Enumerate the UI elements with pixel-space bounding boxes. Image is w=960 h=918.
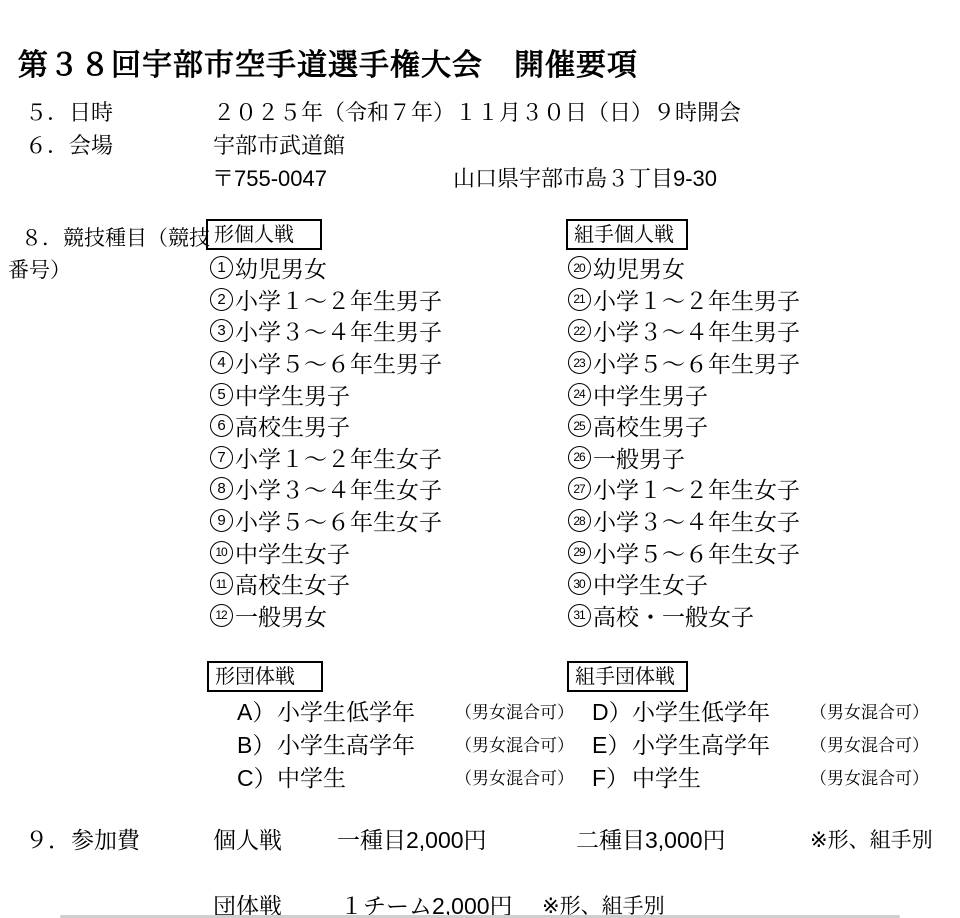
- event-item: 8 小学３～４年生女子: [210, 473, 442, 505]
- postal-code: 〒755-0047: [212, 162, 327, 193]
- event-number-circle: 20: [568, 256, 591, 279]
- event-label: 小学３～４年生男子: [235, 314, 442, 347]
- event-label: 高校生女子: [235, 567, 350, 600]
- team-event-note: （男女混合可）: [455, 698, 574, 723]
- document-page: 第３８回宇部市空手道選手権大会 開催要項 ５．日時 ２０２５年（令和７年）１１月…: [0, 0, 960, 918]
- event-number-circle: 1: [210, 256, 233, 279]
- date-item-number: ５．日時: [25, 96, 113, 127]
- event-number-circle: 25: [568, 414, 591, 437]
- event-number-circle: 9: [210, 509, 233, 532]
- event-item: 27 小学１～２年生女子: [568, 473, 800, 505]
- event-number-circle: 30: [568, 572, 591, 595]
- fees-individual-note: ※形、組手別: [810, 824, 933, 854]
- fees-individual-fee1: 一種目2,000円: [337, 822, 487, 855]
- venue-address: 山口県宇部市島３丁目9-30: [453, 162, 717, 193]
- event-item: 3 小学３～４年生男子: [210, 315, 442, 347]
- document-title: 第３８回宇部市空手道選手権大会 開催要項: [18, 40, 638, 84]
- event-item: 24 中学生男子: [568, 378, 800, 410]
- event-label: 一般男女: [235, 599, 327, 632]
- event-label: 小学３～４年生女子: [235, 472, 442, 505]
- kata-team-header: 形団体戦: [207, 661, 323, 692]
- event-number-circle: 8: [210, 477, 233, 500]
- fees-team-fee: １チーム2,000円: [340, 888, 513, 918]
- team-event-label: 小学生高学年: [632, 727, 810, 760]
- team-event-item: B） 小学生高学年 （男女混合可）: [230, 727, 574, 760]
- event-number-circle: 28: [568, 509, 591, 532]
- event-item: 12 一般男女: [210, 600, 442, 632]
- event-item: 25 高校生男子: [568, 410, 800, 442]
- event-item: 9 小学５～６年生女子: [210, 505, 442, 537]
- event-item: 7 小学１～２年生女子: [210, 442, 442, 474]
- event-number-circle: 31: [568, 604, 591, 627]
- team-event-item: A） 小学生低学年 （男女混合可）: [230, 694, 574, 727]
- event-item: 30 中学生女子: [568, 568, 800, 600]
- fees-team-note: ※形、組手別: [542, 890, 665, 918]
- event-item: 31 高校・一般女子: [568, 600, 800, 632]
- event-number-circle: 21: [568, 288, 591, 311]
- event-label: 小学５～６年生男子: [593, 346, 800, 379]
- event-label: 小学１～２年生女子: [235, 441, 442, 474]
- event-item: 23 小学５～６年生男子: [568, 347, 800, 379]
- venue-name: 宇部市武道館: [213, 129, 345, 160]
- team-event-note: （男女混合可）: [455, 764, 574, 789]
- event-label: 小学３～４年生男子: [593, 314, 800, 347]
- event-number-circle: 2: [210, 288, 233, 311]
- team-event-letter: E）: [592, 727, 632, 760]
- event-number-circle: 24: [568, 383, 591, 406]
- event-item: 6 高校生男子: [210, 410, 442, 442]
- event-item: 10 中学生女子: [210, 536, 442, 568]
- team-event-note: （男女混合可）: [810, 764, 929, 789]
- team-event-letter: B）: [237, 727, 277, 760]
- event-label: 小学１～２年生男子: [235, 283, 442, 316]
- event-label: 一般男子: [593, 441, 685, 474]
- event-label: 幼児男女: [593, 251, 685, 284]
- event-label: 小学５～６年生女子: [593, 536, 800, 569]
- fees-team-label: 団体戦: [213, 888, 282, 918]
- event-number-circle: 5: [210, 383, 233, 406]
- team-event-label: 中学生: [632, 760, 810, 793]
- date-value: ２０２５年（令和７年）１１月３０日（日）９時開会: [213, 96, 741, 127]
- event-item: 20 幼児男女: [568, 252, 800, 284]
- kumite-individual-list: 20 幼児男女 21 小学１～２年生男子 22 小学３～４年生男子 23 小学５…: [568, 252, 800, 631]
- event-label: 中学生女子: [593, 567, 708, 600]
- team-event-letter: C）: [237, 760, 277, 793]
- fees-individual-label: 個人戦: [213, 822, 282, 855]
- team-event-letter: D）: [592, 694, 632, 727]
- event-label: 幼児男女: [235, 251, 327, 284]
- event-label: 小学３～４年生女子: [593, 504, 800, 537]
- event-number-circle: 29: [568, 541, 591, 564]
- team-event-letter: A）: [237, 694, 277, 727]
- event-label: 中学生男子: [235, 378, 350, 411]
- event-label: 中学生女子: [235, 536, 350, 569]
- event-label: 小学１～２年生女子: [593, 472, 800, 505]
- team-event-item: C） 中学生 （男女混合可）: [230, 760, 574, 793]
- venue-item-number: ６．会場: [25, 129, 113, 160]
- kata-individual-list: 1 幼児男女 2 小学１～２年生男子 3 小学３～４年生男子 4 小学５～６年生…: [210, 252, 442, 631]
- event-item: 11 高校生女子: [210, 568, 442, 600]
- event-number-circle: 7: [210, 446, 233, 469]
- event-item: 28 小学３～４年生女子: [568, 505, 800, 537]
- event-label: 小学１～２年生男子: [593, 283, 800, 316]
- fees-item-number: ９．参加費: [25, 822, 140, 855]
- event-item: 1 幼児男女: [210, 252, 442, 284]
- team-event-note: （男女混合可）: [810, 698, 929, 723]
- kata-team-list: A） 小学生低学年 （男女混合可） B） 小学生高学年 （男女混合可） C） 中…: [230, 694, 574, 793]
- event-number-circle: 10: [210, 541, 233, 564]
- team-event-letter: F）: [592, 760, 632, 793]
- team-event-item: E） 小学生高学年 （男女混合可）: [585, 727, 929, 760]
- kumite-team-header: 組手団体戦: [567, 661, 688, 692]
- event-label: 高校生男子: [593, 409, 708, 442]
- event-label: 高校生男子: [235, 409, 350, 442]
- team-event-item: F） 中学生 （男女混合可）: [585, 760, 929, 793]
- event-item: 5 中学生男子: [210, 378, 442, 410]
- team-event-label: 小学生低学年: [632, 694, 810, 727]
- event-item: 22 小学３～４年生男子: [568, 315, 800, 347]
- kumite-individual-header: 組手個人戦: [566, 219, 688, 250]
- event-label: 中学生男子: [593, 378, 708, 411]
- event-number-circle: 22: [568, 319, 591, 342]
- team-event-label: 小学生低学年: [277, 694, 455, 727]
- team-event-note: （男女混合可）: [455, 731, 574, 756]
- fees-individual-fee2: 二種目3,000円: [576, 822, 726, 855]
- team-event-note: （男女混合可）: [810, 731, 929, 756]
- event-number-circle: 3: [210, 319, 233, 342]
- team-event-item: D） 小学生低学年 （男女混合可）: [585, 694, 929, 727]
- events-heading-line2: 番号）: [8, 254, 71, 284]
- event-item: 4 小学５～６年生男子: [210, 347, 442, 379]
- event-label: 高校・一般女子: [593, 599, 754, 632]
- event-label: 小学５～６年生女子: [235, 504, 442, 537]
- event-number-circle: 12: [210, 604, 233, 627]
- events-heading-line1: ８．競技種目（競技: [21, 222, 210, 252]
- event-number-circle: 6: [210, 414, 233, 437]
- event-number-circle: 23: [568, 351, 591, 374]
- event-item: 29 小学５～６年生女子: [568, 536, 800, 568]
- team-event-label: 中学生: [277, 760, 455, 793]
- event-label: 小学５～６年生男子: [235, 346, 442, 379]
- kata-individual-header: 形個人戦: [206, 219, 322, 250]
- kumite-team-list: D） 小学生低学年 （男女混合可） E） 小学生高学年 （男女混合可） F） 中…: [585, 694, 929, 793]
- event-number-circle: 27: [568, 477, 591, 500]
- event-item: 21 小学１～２年生男子: [568, 284, 800, 316]
- event-number-circle: 26: [568, 446, 591, 469]
- event-number-circle: 11: [210, 572, 233, 595]
- event-item: 2 小学１～２年生男子: [210, 284, 442, 316]
- event-number-circle: 4: [210, 351, 233, 374]
- team-event-label: 小学生高学年: [277, 727, 455, 760]
- event-item: 26 一般男子: [568, 442, 800, 474]
